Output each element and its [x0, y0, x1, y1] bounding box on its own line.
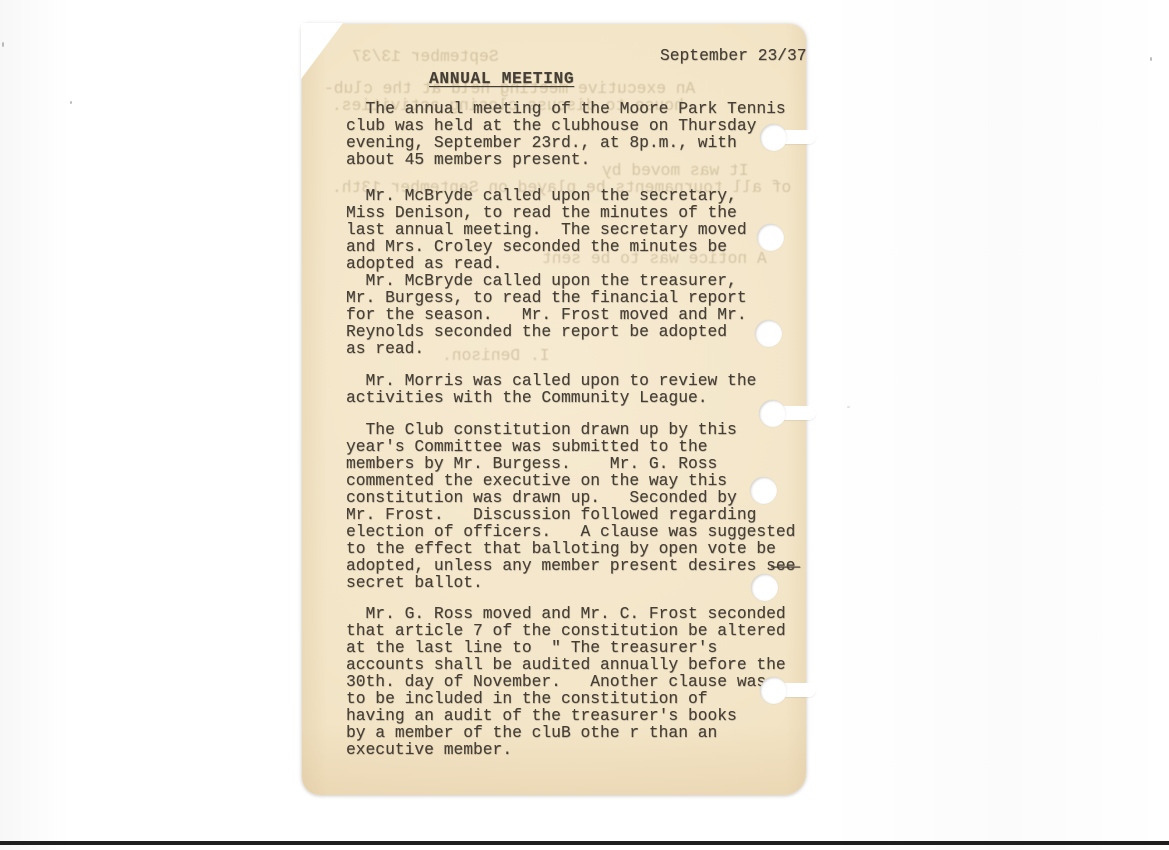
- paragraph: Mr. G. Ross moved and Mr. C. Frost secon…: [346, 605, 806, 758]
- punch-hole: [755, 320, 782, 347]
- scanner-bottom-edge: [0, 841, 1169, 845]
- typed-line: Mr. McBryde called upon the treasurer,: [346, 272, 806, 289]
- typed-line: to the effect that balloting by open vot…: [346, 540, 806, 557]
- typed-line: having an audit of the treasurer's books: [346, 707, 806, 724]
- typed-line: year's Committee was submitted to the: [346, 438, 806, 455]
- typed-line: adopted, unless any member present desir…: [346, 557, 806, 574]
- typed-line: Mr. Morris was called upon to review the: [346, 372, 806, 389]
- typed-line: that article 7 of the constitution be al…: [346, 622, 806, 639]
- typed-line: evening, September 23rd., at 8p.m., with: [346, 134, 806, 151]
- punch-hole: [757, 224, 784, 251]
- typed-line: executive member.: [346, 741, 806, 758]
- bleedthrough-text: September 13/37: [352, 48, 499, 65]
- typed-line: for the season. Mr. Frost moved and Mr.: [346, 306, 806, 323]
- typed-line: about 45 members present.: [346, 151, 806, 168]
- dust-speck: [1150, 57, 1152, 61]
- page-date: September 23/37: [660, 47, 807, 64]
- typed-line: activities with the Community League.: [346, 389, 806, 406]
- paragraph: Mr. McBryde called upon the treasurer,Mr…: [346, 272, 806, 357]
- paragraph: The annual meeting of the Moore Park Ten…: [346, 100, 806, 168]
- typed-line: at the last line to " The treasurer's: [346, 639, 806, 656]
- paragraph: Mr. McBryde called upon the secretary,Mi…: [346, 187, 806, 272]
- paragraph: The Club constitution drawn up by thisye…: [346, 421, 806, 591]
- dust-speck: [2, 42, 4, 47]
- typed-line: constitution was drawn up. Seconded by: [346, 489, 806, 506]
- punch-hole: [760, 124, 787, 151]
- typed-line: secret ballot.: [346, 574, 806, 591]
- punch-hole: [751, 574, 778, 601]
- typed-line: 30th. day of November. Another clause wa…: [346, 673, 806, 690]
- typed-line: last annual meeting. The secretary moved: [346, 221, 806, 238]
- typed-line: commented the executive on the way this: [346, 472, 806, 489]
- typed-line: Mr. Burgess, to read the financial repor…: [346, 289, 806, 306]
- typed-line: Mr. G. Ross moved and Mr. C. Frost secon…: [346, 605, 806, 622]
- typed-line: to be included in the constitution of: [346, 690, 806, 707]
- typed-line: The Club constitution drawn up by this: [346, 421, 806, 438]
- typed-line: accounts shall be audited annually befor…: [346, 656, 806, 673]
- dust-speck: [847, 406, 850, 408]
- typed-line: members by Mr. Burgess. Mr. G. Ross: [346, 455, 806, 472]
- typed-line: Mr. Frost. Discussion followed regarding: [346, 506, 806, 523]
- punch-hole: [750, 477, 777, 504]
- typed-line: Mr. McBryde called upon the secretary,: [346, 187, 806, 204]
- typed-line: adopted as read.: [346, 255, 806, 272]
- typed-line: election of officers. A clause was sugge…: [346, 523, 806, 540]
- dust-speck: [70, 101, 72, 104]
- paragraph: Mr. Morris was called upon to review the…: [346, 372, 806, 406]
- paragraph-container: The annual meeting of the Moore Park Ten…: [346, 100, 806, 758]
- typed-line: The annual meeting of the Moore Park Ten…: [346, 100, 806, 117]
- typed-line: and Mrs. Croley seconded the minutes be: [346, 238, 806, 255]
- page-title: ANNUAL MEETING: [429, 70, 574, 87]
- typed-line: Miss Denison, to read the minutes of the: [346, 204, 806, 221]
- punch-hole: [759, 400, 786, 427]
- punch-hole: [760, 677, 787, 704]
- typed-line: as read.: [346, 340, 806, 357]
- typed-line: by a member of the cluB othe r than an: [346, 724, 806, 741]
- clipped-corner: [301, 23, 343, 79]
- typed-line: Reynolds seconded the report be adopted: [346, 323, 806, 340]
- scanned-page: September 13/37An executive meeting held…: [302, 24, 806, 795]
- typed-line: club was held at the clubhouse on Thursd…: [346, 117, 806, 134]
